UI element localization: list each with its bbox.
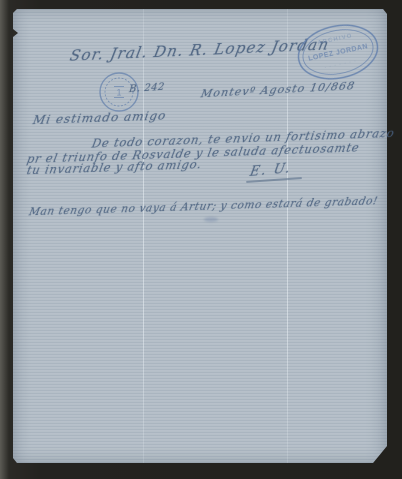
oval-stamp-text-mid: LOPEZ JORDAN	[308, 43, 369, 62]
ink-smudge	[204, 217, 218, 222]
oval-stamp-text-top: ARCHIVO	[317, 33, 353, 46]
paper-edge-notch	[13, 29, 18, 37]
scan-background: Sor. Jral. Dn. R. Lopez Jordan 1 B. 242 …	[0, 0, 402, 479]
fold-crease-right	[287, 9, 288, 463]
oval-stamp-text-bottom: · · · · · · ·	[324, 58, 358, 71]
fold-crease-left	[143, 9, 144, 463]
round-stamp-number: 1	[116, 88, 121, 98]
